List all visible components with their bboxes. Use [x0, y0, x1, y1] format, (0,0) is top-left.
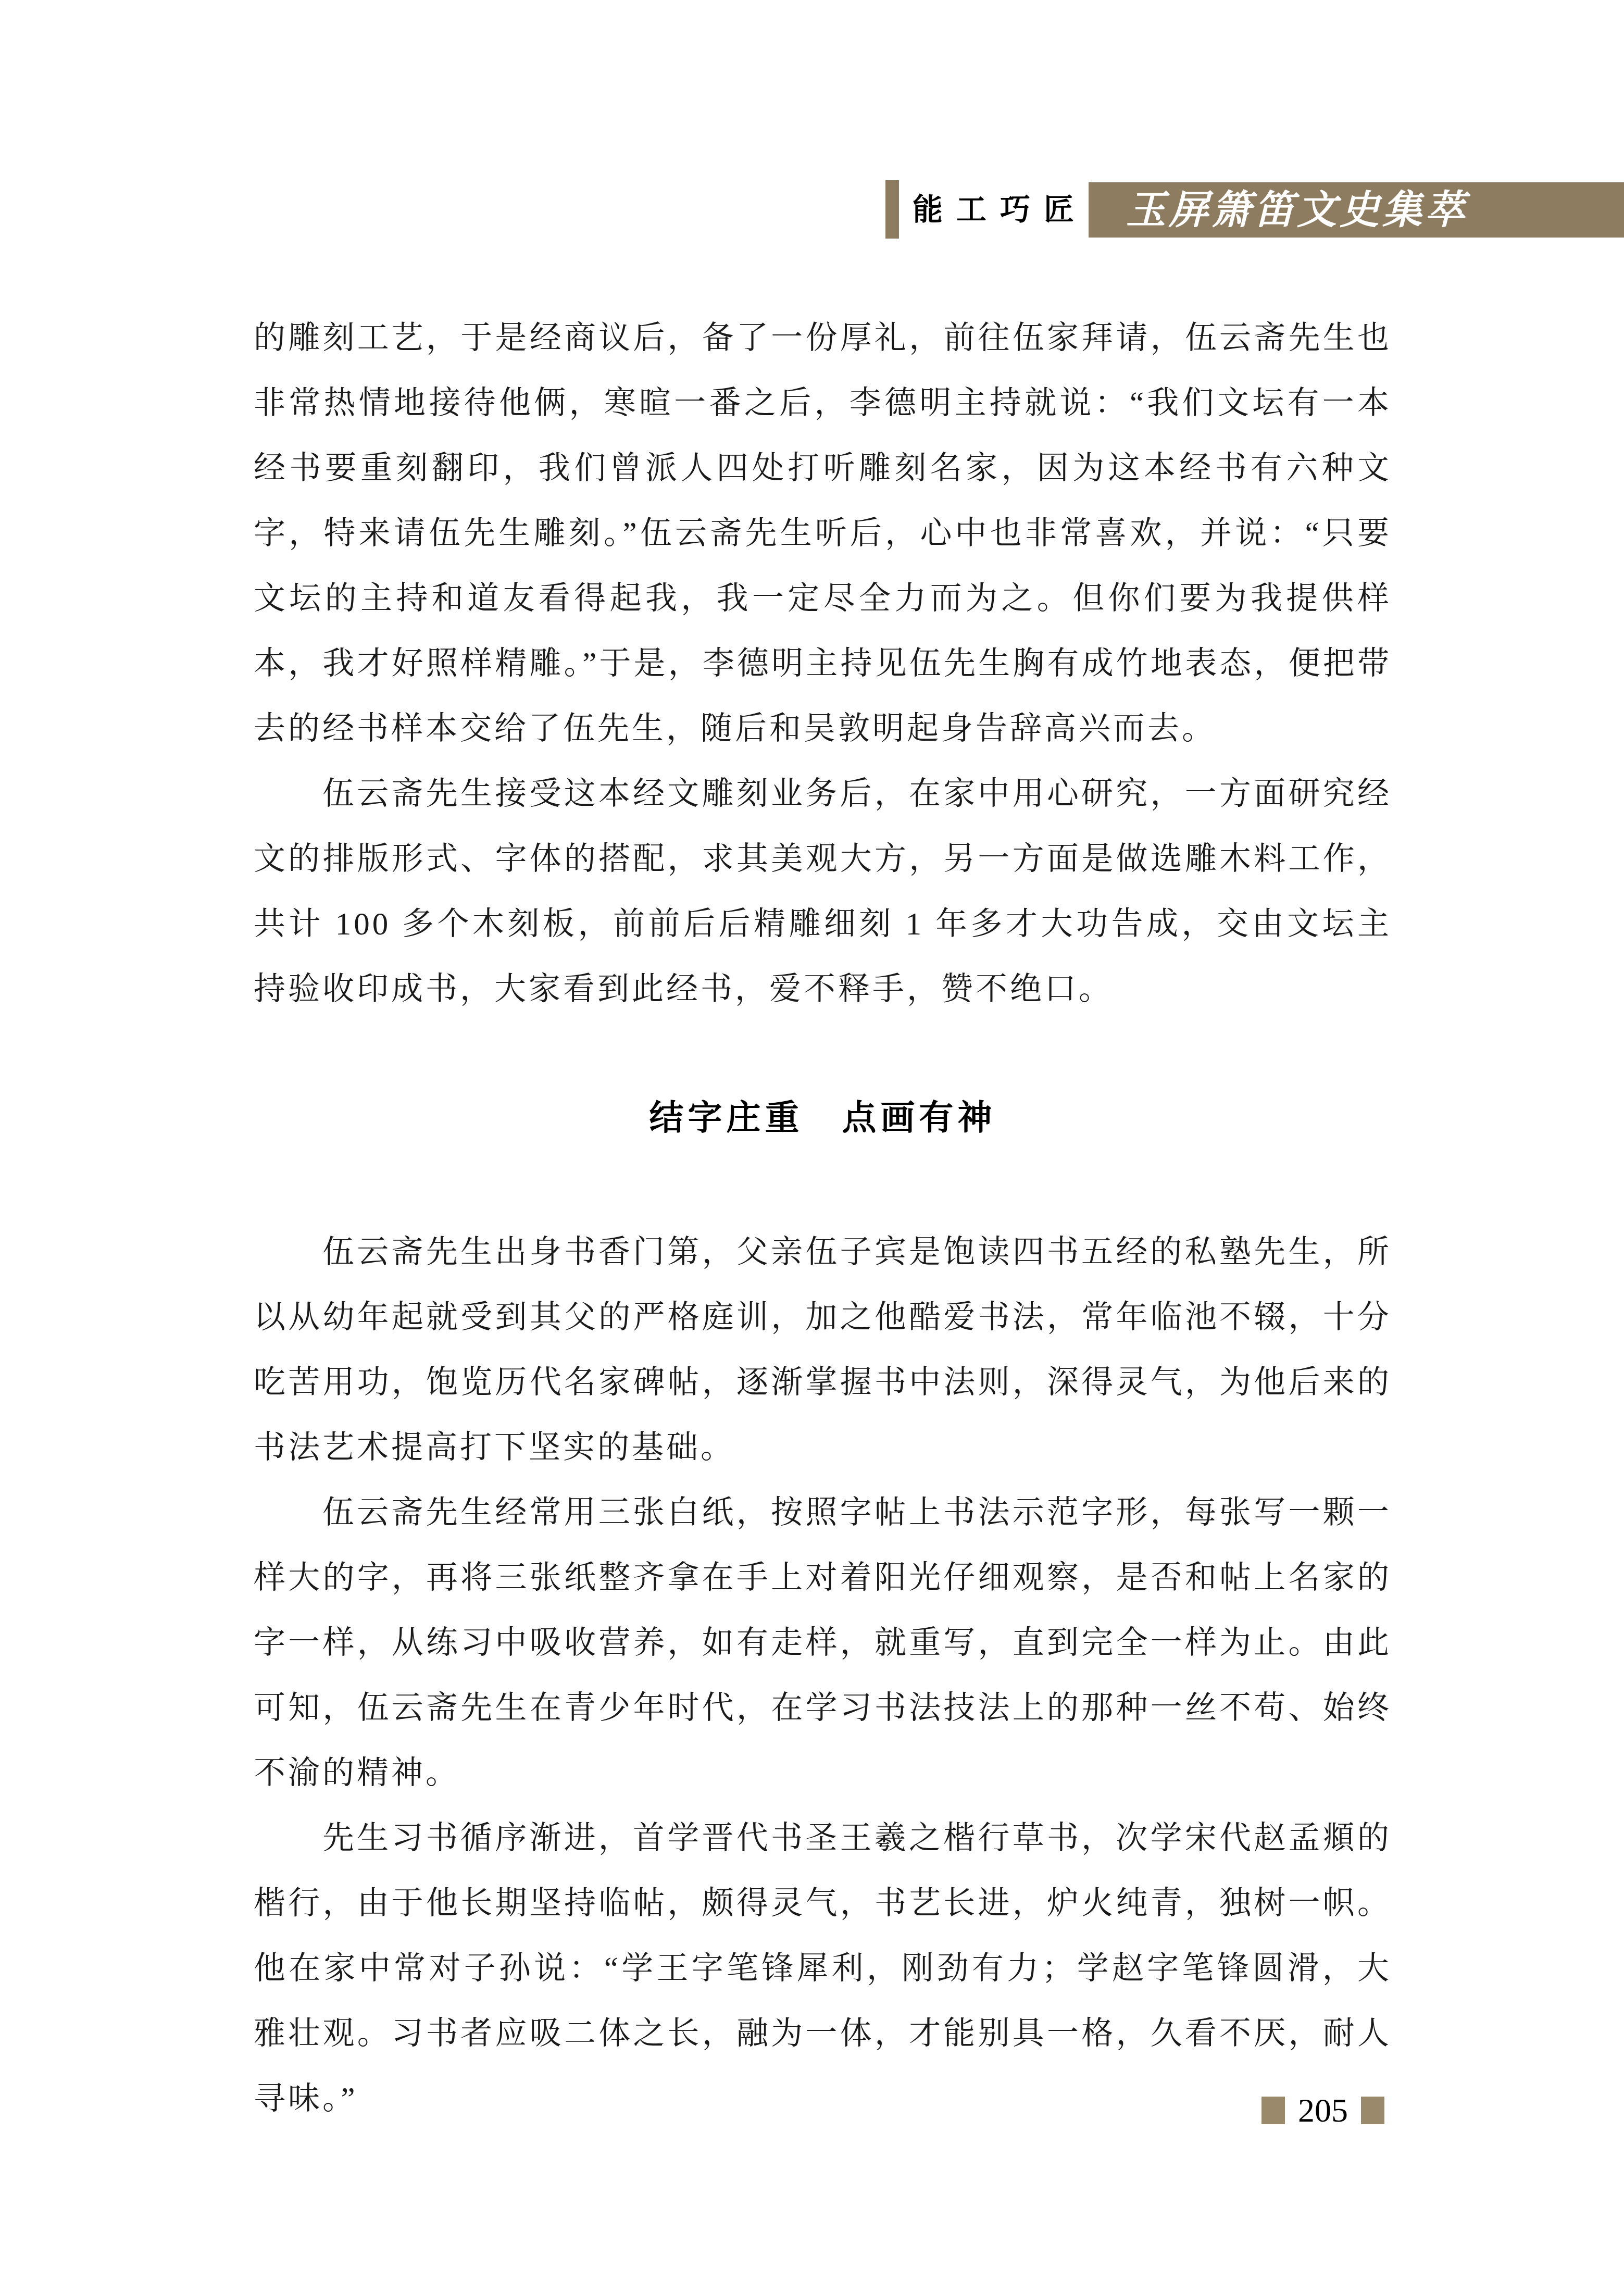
header-section-title: 能工巧匠 — [913, 182, 1088, 238]
book-page: 能工巧匠 玉屏箫笛文史集萃 的雕刻工艺，于是经商议后，备了一份厚礼，前往伍家拜请… — [0, 0, 1624, 2269]
section-heading: 结字庄重 点画有神 — [254, 1098, 1392, 1139]
page-number: 205 — [1298, 2097, 1348, 2124]
header-accent-bar — [885, 180, 899, 239]
paragraph-3: 伍云斋先生出身书香门第，父亲伍子宾是饱读四书五经的私塾先生，所以从幼年起就受到其… — [254, 1220, 1392, 1480]
page-footer: 205 — [1261, 2097, 1384, 2124]
paragraph-1: 的雕刻工艺，于是经商议后，备了一份厚礼，前往伍家拜请，伍云斋先生也非常热情地接待… — [254, 306, 1392, 762]
paragraph-2: 伍云斋先生接受这本经文雕刻业务后，在家中用心研究，一方面研究经文的排版形式、字体… — [254, 762, 1392, 1022]
paragraph-5: 先生习书循序渐进，首学晋代书圣王羲之楷行草书，次学宋代赵孟頫的楷行，由于他长期坚… — [254, 1806, 1392, 2131]
paragraph-4: 伍云斋先生经常用三张白纸，按照字帖上书法示范字形，每张写一颗一样大的字，再将三张… — [254, 1480, 1392, 1806]
footer-ornament-left — [1261, 2097, 1285, 2124]
body-text-column: 的雕刻工艺，于是经商议后，备了一份厚礼，前往伍家拜请，伍云斋先生也非常热情地接待… — [254, 306, 1392, 2131]
header-banner: 玉屏箫笛文史集萃 — [1089, 182, 1624, 238]
banner-calligraphy-text: 玉屏箫笛文史集萃 — [1126, 183, 1468, 236]
footer-ornament-right — [1361, 2097, 1384, 2124]
